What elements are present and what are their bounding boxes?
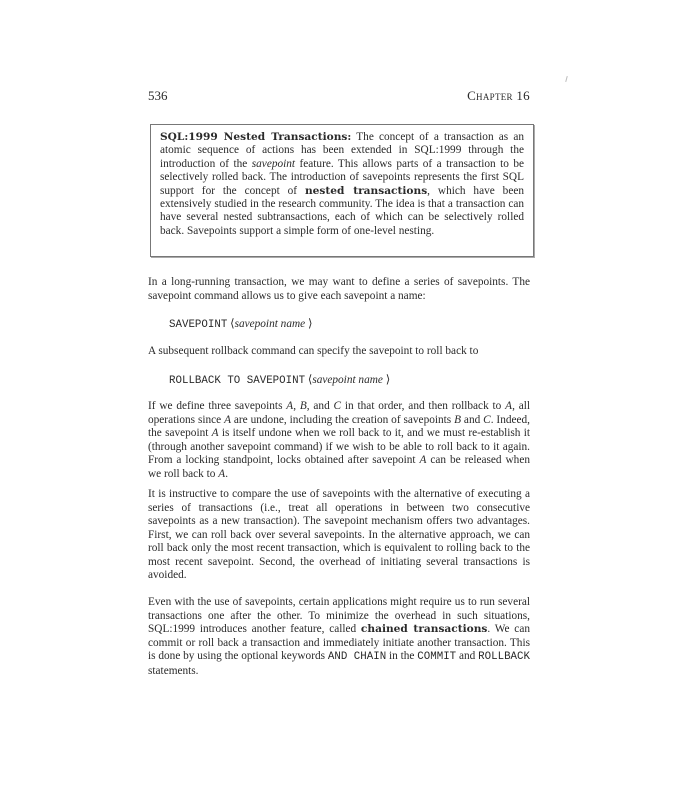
page-number: 536 [148, 88, 168, 104]
running-header: 536 Chapter 16 [148, 88, 530, 104]
sidebar-box-text: SQL:1999 Nested Transactions: The concep… [160, 131, 524, 238]
scan-mark [565, 76, 568, 82]
paragraph-savepoint-advantages: It is instructive to compare the use of … [148, 488, 530, 583]
chapter-title: Chapter 16 [467, 88, 530, 104]
sidebar-box-nested-transactions: SQL:1999 Nested Transactions: The concep… [150, 124, 534, 257]
paragraph-savepoint-example: If we define three savepoints A, B, and … [148, 400, 530, 481]
term-nested-transactions: nested transactions [305, 185, 427, 197]
book-page: 536 Chapter 16 SQL:1999 Nested Transacti… [0, 0, 680, 800]
paragraph-savepoints-intro: In a long-running transaction, we may wa… [148, 276, 530, 303]
sidebar-box-title: SQL:1999 Nested Transactions: [160, 131, 351, 143]
code-rollback-syntax: ROLLBACK TO SAVEPOINT ⟨savepoint name ⟩ [169, 373, 390, 387]
code-savepoint-syntax: SAVEPOINT ⟨savepoint name ⟩ [169, 317, 312, 331]
term-chained-transactions: chained transactions [361, 623, 487, 635]
paragraph-rollback-intro: A subsequent rollback command can specif… [148, 345, 530, 359]
paragraph-chained-transactions: Even with the use of savepoints, certain… [148, 596, 530, 678]
